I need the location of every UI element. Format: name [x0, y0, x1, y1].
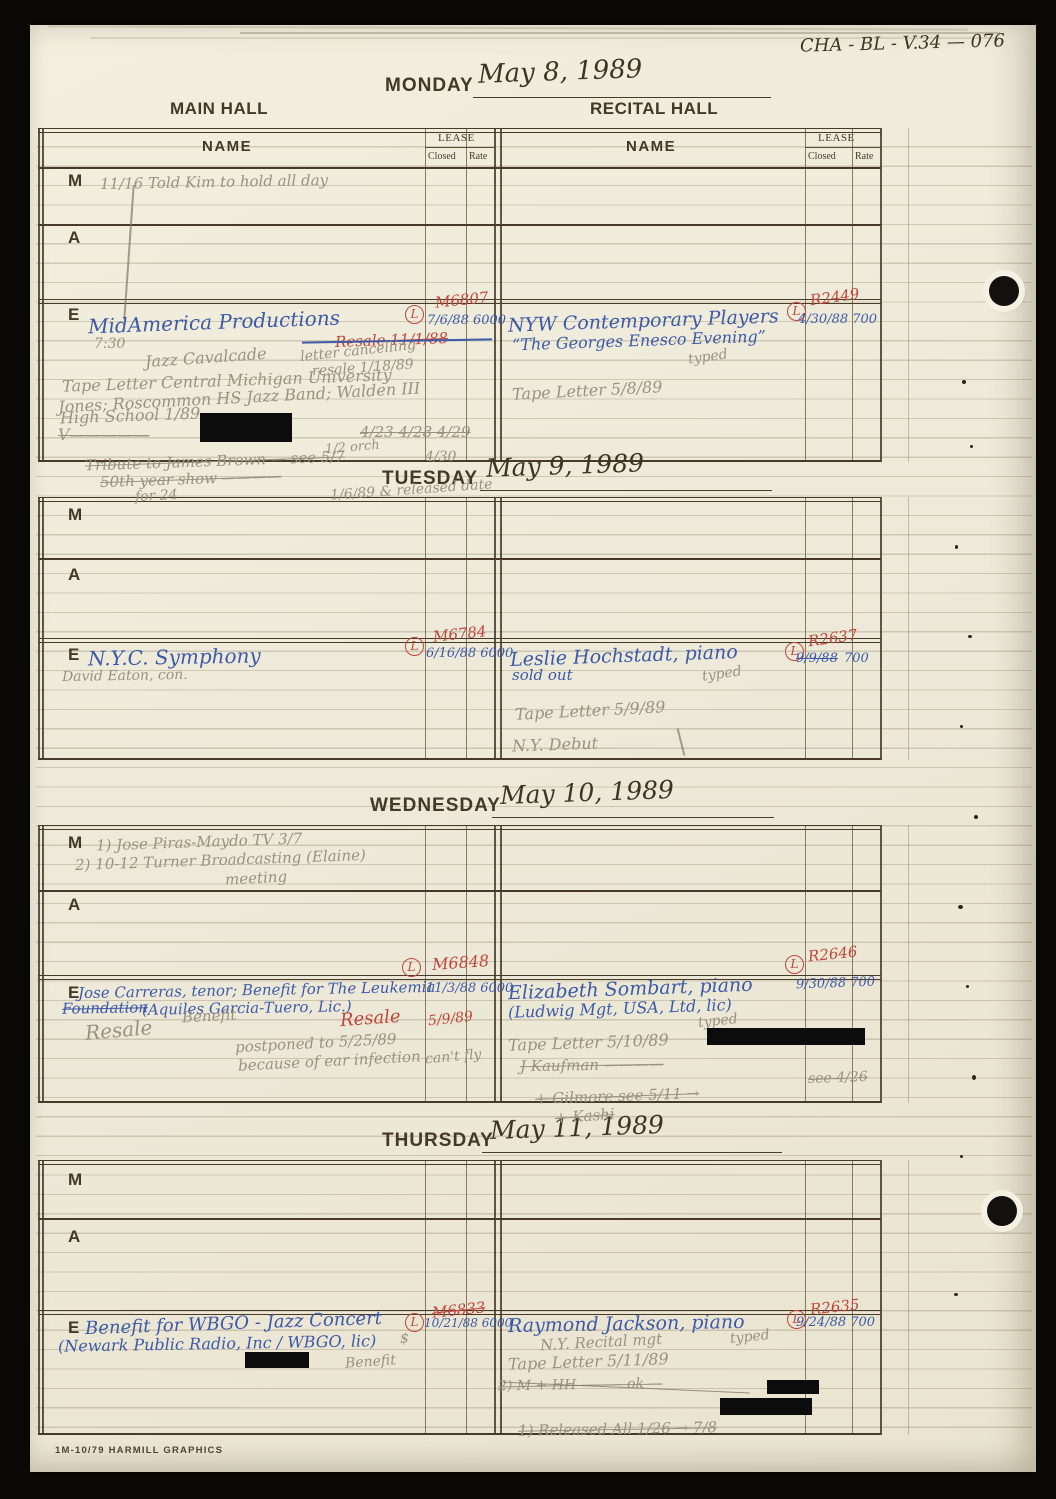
grid-line — [38, 558, 881, 560]
hole-punch — [989, 276, 1019, 306]
date-underline — [480, 490, 772, 491]
grid-line — [500, 497, 502, 760]
dirt-speck — [970, 445, 973, 448]
dirt-speck — [972, 1075, 976, 1080]
ledger-page: CHA - BL - V.34 — 076 MONDAY May 8, 1989… — [30, 25, 1036, 1472]
day-date-monday: May 8, 1989 — [478, 54, 643, 90]
grid-line — [38, 1218, 881, 1220]
grid-line — [494, 825, 496, 1103]
row-label-morning: M — [68, 1170, 82, 1190]
printer-imprint: 1M-10/79 HARMILL GRAPHICS — [55, 1445, 223, 1456]
grid-line — [38, 975, 881, 980]
lease-closed-rate: 10/21/88 6000 — [424, 1316, 512, 1330]
lease-closed-rate: 9/24/88 700 — [796, 1315, 875, 1330]
grid-line — [805, 497, 806, 760]
row-label-morning: M — [68, 171, 82, 191]
entry-name-struck: Foundation — [62, 998, 148, 1017]
lease-closed-struck: 9/9/88 — [796, 651, 838, 666]
grid-line — [38, 825, 881, 830]
grid-line — [880, 497, 882, 760]
lease-mark-circle: L — [405, 637, 424, 656]
name-column-header-recital: NAME — [626, 138, 676, 155]
dirt-speck — [966, 985, 969, 988]
row-label-morning: M — [68, 833, 82, 853]
redaction-box — [767, 1380, 819, 1394]
lease-rate: 700 — [844, 651, 869, 666]
pencil-note-struck: V————— — [58, 425, 150, 444]
grid-line — [38, 497, 40, 760]
closed-header-recital: Closed — [808, 151, 836, 162]
row-label-afternoon: A — [68, 228, 80, 248]
date-underline — [492, 817, 774, 818]
grid-line — [38, 128, 40, 462]
pencil-note: David Eaton, con. — [62, 667, 188, 685]
row-label-evening: E — [68, 1318, 79, 1338]
grid-line — [494, 497, 496, 760]
main-hall-heading: MAIN HALL — [170, 99, 268, 119]
grid-line — [38, 167, 881, 169]
grid-line — [500, 128, 502, 462]
rate-header-main: Rate — [469, 151, 487, 162]
morning-note: meeting — [225, 867, 288, 888]
grid-line — [908, 128, 909, 462]
grid-line — [494, 128, 496, 462]
grid-line — [500, 825, 502, 1103]
lease-number: M6848 — [431, 951, 489, 974]
archive-code: CHA - BL - V.34 — 076 — [800, 30, 1005, 56]
grid-line — [425, 147, 494, 148]
dirt-speck — [974, 815, 978, 819]
grid-line — [425, 1160, 426, 1435]
grid-line — [38, 1160, 40, 1435]
lease-header-recital: LEASE — [818, 132, 855, 144]
grid-line — [805, 825, 806, 1103]
grid-line — [38, 224, 881, 226]
grid-line — [852, 825, 853, 1103]
redaction-box — [720, 1398, 812, 1415]
pencil-note: Benefit — [182, 1006, 237, 1027]
lease-mark-circle: L — [405, 1313, 424, 1332]
grid-line — [880, 825, 882, 1103]
grid-line — [38, 1433, 881, 1435]
pencil-note: for 24 — [135, 487, 178, 505]
grid-line — [42, 1160, 44, 1435]
entry-note: sold out — [512, 666, 573, 684]
dirt-speck — [958, 905, 963, 909]
pencil-note: 4/30 — [425, 449, 456, 465]
grid-line — [908, 825, 909, 1103]
dirt-speck — [962, 380, 966, 384]
name-column-header-main: NAME — [202, 138, 252, 155]
grid-line — [42, 128, 44, 462]
grid-line — [38, 825, 40, 1103]
day-date-tuesday: May 9, 1989 — [486, 448, 645, 482]
row-label-morning: M — [68, 505, 82, 525]
row-label-afternoon: A — [68, 565, 80, 585]
row-label-evening: E — [68, 645, 79, 665]
lease-header-main: LEASE — [438, 132, 475, 144]
grid-line — [425, 128, 426, 462]
grid-line — [38, 890, 881, 892]
row-label-evening: E — [68, 305, 79, 325]
pencil-note: N.Y. Debut — [512, 734, 599, 756]
grid-line — [38, 1160, 881, 1165]
lease-mark-circle: L — [405, 305, 424, 324]
dirt-speck — [954, 1293, 958, 1296]
date-underline — [482, 1152, 782, 1153]
grid-line — [425, 497, 426, 760]
grid-line — [38, 758, 881, 760]
grid-line — [880, 1160, 882, 1435]
grid-line — [38, 1101, 881, 1103]
recital-hall-heading: RECITAL HALL — [590, 99, 718, 119]
lease-mark-circle: L — [785, 955, 804, 974]
entry-time: 7:30 — [94, 336, 125, 352]
row-label-afternoon: A — [68, 895, 80, 915]
closed-header-main: Closed — [428, 151, 456, 162]
entry-name: (Aquiles Garcia-Tuero, Lic.) — [142, 997, 352, 1019]
resale-note-red: Resale — [339, 1006, 401, 1031]
redaction-box — [200, 413, 292, 442]
day-title-thursday: THURSDAY — [382, 1130, 494, 1152]
redaction-box — [707, 1028, 865, 1045]
page-stack-edge — [48, 25, 968, 30]
pencil-note-struck: 1) Released All 1/26 → 7/8 — [518, 1418, 717, 1439]
pencil-note-struck: J Kaufman ———— — [520, 1055, 664, 1076]
grid-line — [908, 1160, 909, 1435]
lease-closed-rate: 11/3/88 6000 — [426, 981, 513, 996]
grid-line — [908, 497, 909, 760]
redaction-box — [245, 1352, 309, 1368]
grid-line — [805, 128, 806, 462]
pencil-note-struck: see 4/26 — [808, 1069, 868, 1087]
grid-line — [42, 825, 44, 1103]
grid-line — [42, 497, 44, 760]
dirt-speck — [960, 1155, 963, 1158]
grid-line — [466, 1160, 467, 1435]
dirt-speck — [960, 725, 963, 728]
day-title-monday: MONDAY — [385, 75, 474, 97]
row-label-afternoon: A — [68, 1227, 80, 1247]
grid-line — [494, 1160, 496, 1435]
dirt-speck — [955, 545, 958, 549]
lease-closed-rate: 4/30/88 700 — [798, 312, 877, 327]
lease-mark-circle: L — [402, 958, 421, 977]
lease-closed-rate: 9/30/88 700 — [796, 975, 876, 993]
dirt-speck — [968, 635, 972, 638]
grid-line — [805, 147, 880, 148]
lease-closed-rate: 7/6/88 6000 — [427, 313, 506, 328]
grid-line — [880, 128, 882, 462]
lease-closed-rate: 6/16/88 6000 — [426, 646, 513, 661]
rate-header-recital: Rate — [855, 151, 873, 162]
day-date-wednesday: May 10, 1989 — [500, 775, 675, 810]
hole-punch — [987, 1196, 1017, 1226]
pencil-note: $ — [400, 1331, 409, 1347]
day-title-wednesday: WEDNESDAY — [370, 795, 501, 817]
